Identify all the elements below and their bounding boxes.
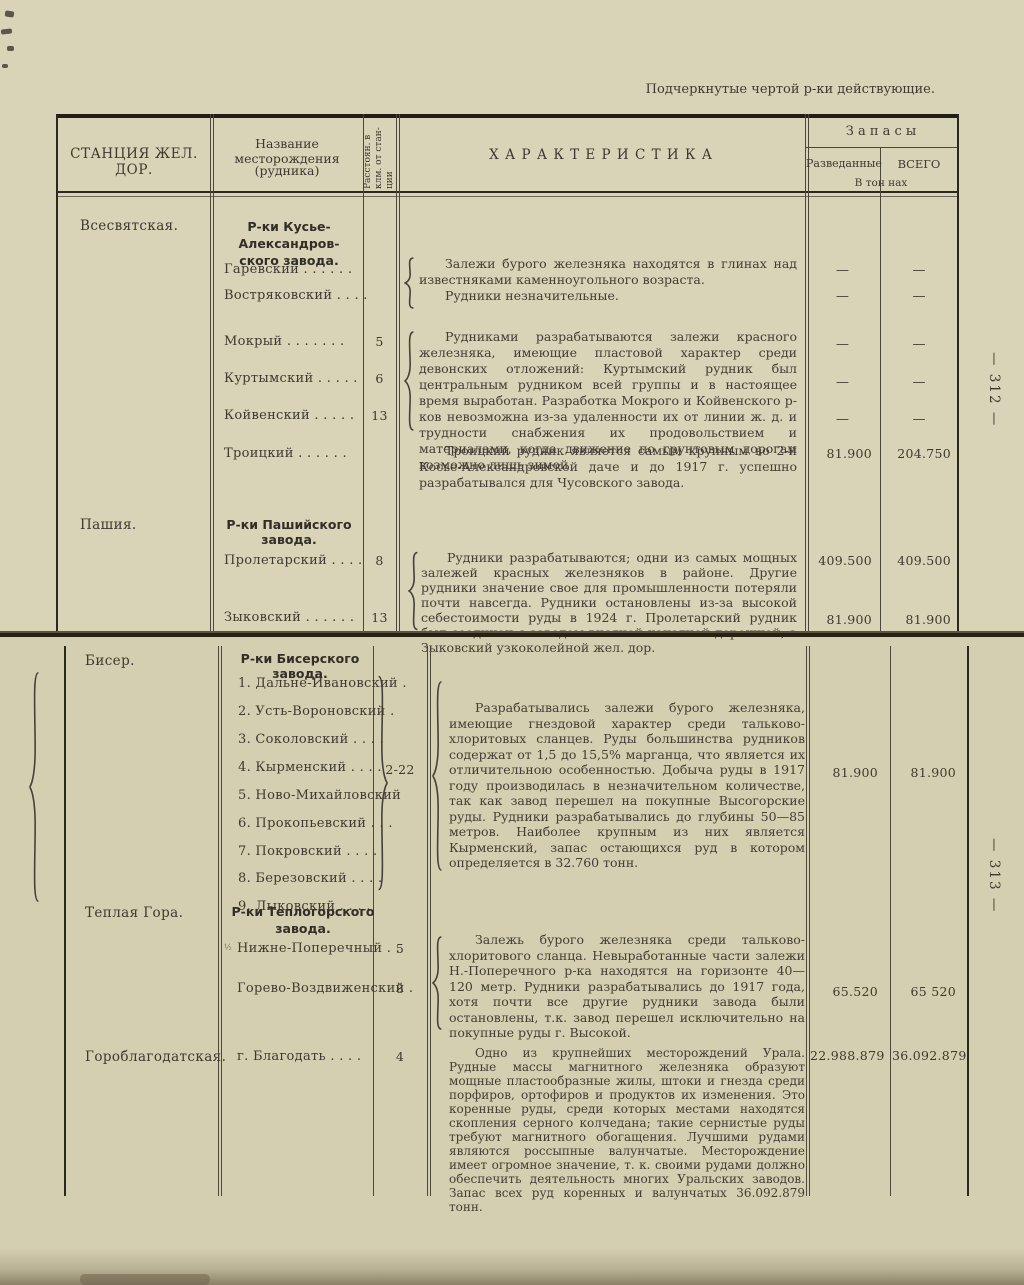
mine-name: Мокрый . . . . . . . — [224, 334, 344, 349]
reserves-total-value: 81.900 — [881, 612, 951, 627]
page-seam — [0, 633, 1024, 637]
reserves-total-value: 409.500 — [881, 553, 951, 568]
mine-name: 2. Усть-Вороновский . — [238, 704, 395, 719]
stamp-mark: ½ — [224, 943, 232, 952]
mine-name: 4. Кырменский . . . . — [238, 760, 382, 775]
mine-name: Койвенский . . . . . — [224, 408, 354, 423]
characteristic-text: Одно из крупнейших месторождений Урала. … — [449, 1046, 805, 1214]
reserves-total-value: 204.750 — [881, 446, 951, 461]
mine-name: Пролетарский . . . . — [224, 553, 363, 568]
grid-line — [56, 114, 959, 118]
mine-name: Куртымский . . . . . — [224, 371, 358, 386]
mine-name: Востряковский . . . . — [224, 288, 368, 303]
column-header-total: ВСЕГО — [881, 157, 957, 171]
page-note: Подчеркнутые чертой р-ки действующие. — [630, 82, 935, 97]
station-name: Пашия. — [80, 517, 137, 533]
grouping-brace-icon — [403, 257, 416, 309]
reserves-total-value: — — [881, 412, 957, 427]
station-name: Гороблагодатская. — [85, 1049, 226, 1065]
mine-name: г. Благодать . . . . — [237, 1049, 361, 1064]
grid-line — [56, 191, 959, 193]
mine-name: 1. Дальне-Ивановский . — [238, 676, 407, 691]
distance-value: 2-22 — [373, 762, 427, 777]
reserves-explored-value: — — [806, 263, 879, 278]
mine-group-title: Р-ки Теплогорского завода. — [228, 903, 378, 937]
grid-line — [890, 646, 891, 1196]
mine-name: Гаревский . . . . . . — [224, 262, 352, 277]
grid-line — [64, 646, 66, 1196]
grouping-brace-icon — [407, 551, 420, 631]
grid-line — [396, 114, 400, 634]
characteristic-text: Залежи бурого железняка находятся в глин… — [419, 256, 797, 304]
grid-line — [967, 646, 969, 1196]
column-header-station: СТАНЦИЯ ЖЕЛ. ДОР. — [60, 146, 208, 178]
grid-line — [218, 646, 222, 1196]
station-name: Теплая Гора. — [85, 905, 183, 921]
distance-value: 4 — [373, 1049, 427, 1064]
reserves-total-value: 81.900 — [892, 765, 956, 780]
reserves-explored-value: 81.900 — [806, 612, 872, 627]
distance-value: 8 — [363, 553, 396, 568]
reserves-total-value: — — [881, 289, 957, 304]
column-header-deposit: Название месторождения — [214, 136, 360, 166]
distance-value: 13 — [363, 610, 396, 625]
grid-line — [957, 114, 959, 634]
page-number-313: — 313 — — [986, 838, 1002, 913]
scan-artifact — [5, 10, 15, 17]
characteristic-text: Троицкий рудник является самым крупным в… — [419, 443, 797, 491]
reserves-explored-value: — — [806, 337, 879, 352]
distance-value: 5 — [373, 941, 427, 956]
reserves-total-value: — — [881, 375, 957, 390]
reserves-total-value: 36.092.879 — [892, 1048, 956, 1063]
mine-name: 6. Прокопьевский . . . — [238, 816, 393, 831]
column-header-deposit-sub: (рудника) — [214, 163, 360, 178]
reserves-explored-value: — — [806, 289, 879, 304]
grouping-brace-icon — [28, 668, 41, 906]
distance-value: 8 — [373, 981, 427, 996]
document-scan: Подчеркнутые чертой р-ки действующие. СТ… — [0, 0, 1024, 1285]
mine-name: Троицкий . . . . . . — [224, 446, 347, 461]
reserves-total-value: 65 520 — [892, 984, 956, 999]
grid-line — [806, 646, 810, 1196]
reserves-explored-value: — — [806, 375, 879, 390]
reserves-explored-value: 65.520 — [810, 984, 878, 999]
station-name: Всесвятская. — [80, 218, 178, 234]
grouping-brace-icon — [431, 678, 444, 874]
characteristic-text: Разрабатывались залежи бурого железняка,… — [449, 700, 805, 871]
scan-artifact — [80, 1274, 210, 1285]
reserves-total-value: — — [881, 337, 957, 352]
characteristic-text: Залежь бурого железняка среди тальково-х… — [449, 932, 805, 1041]
column-header-units: В тон нах — [806, 177, 956, 189]
reserves-explored-value: 81.900 — [810, 765, 878, 780]
reserves-explored-value: 22.988.879 — [810, 1048, 878, 1063]
page-number-312: — 312 — — [986, 352, 1002, 427]
reserves-total-value: — — [881, 263, 957, 278]
column-header-explored: Разведанные — [806, 157, 880, 170]
scan-artifact — [2, 64, 8, 68]
grid-line — [56, 196, 959, 197]
mine-name: 3. Соколовский . . . . — [238, 732, 384, 747]
characteristic-text: Рудники разрабатываются; одни из самых м… — [421, 550, 797, 655]
reserves-explored-value: 81.900 — [806, 446, 872, 461]
grouping-brace-icon — [403, 330, 416, 432]
station-name: Бисер. — [85, 653, 135, 669]
reserves-explored-value: — — [806, 412, 879, 427]
reserves-explored-value: 409.500 — [806, 553, 872, 568]
mine-name: 7. Покровский . . . . — [238, 844, 377, 859]
mine-name: 8. Березовский . . . . — [238, 871, 382, 886]
grid-line — [805, 147, 957, 148]
column-header-reserves: З а п а с ы — [806, 124, 956, 139]
scan-artifact — [7, 46, 14, 51]
column-header-characteristic: Х А Р А К Т Е Р И С Т И К А — [400, 147, 802, 163]
distance-value: 13 — [363, 408, 396, 423]
grid-line — [56, 114, 58, 634]
grid-line — [210, 114, 214, 634]
distance-value: 5 — [363, 334, 396, 349]
grouping-brace-icon — [431, 935, 444, 1031]
mine-group-title: Р-ки Пашийского завода. — [216, 517, 362, 547]
mine-name: Зыковский . . . . . . — [224, 610, 354, 625]
mine-name: 5. Ново-Михайловский — [238, 788, 401, 803]
distance-value: 6 — [363, 371, 396, 386]
column-header-distance: Расстоян. в клм. от стан- ции — [363, 119, 397, 189]
